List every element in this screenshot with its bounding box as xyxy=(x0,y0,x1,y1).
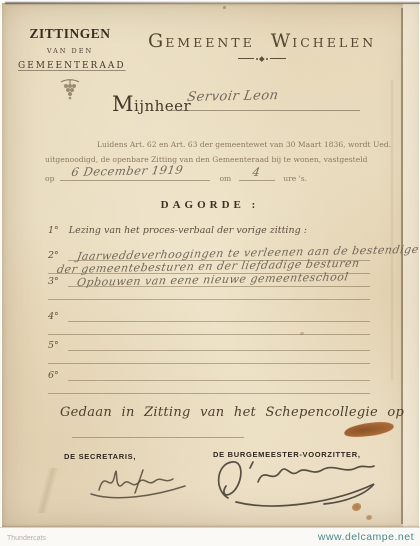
word-rest: ICHELEN xyxy=(292,35,376,50)
watermark-bar: Thundercats www.delcampe.net xyxy=(0,527,420,546)
agenda-row-5: 5° xyxy=(48,340,372,370)
agenda-row-6: 6° xyxy=(48,370,372,400)
agenda-item-number: 4° xyxy=(48,311,59,322)
agenda-rule-line xyxy=(68,338,370,351)
sidebox-subtitle: VAN DEN xyxy=(18,47,122,55)
municipality-title: GEMEENTEWICHELEN xyxy=(148,30,376,61)
agenda-item-1: 1°Lezing van het proces-verbaal der vori… xyxy=(48,225,307,236)
handwritten-addressee-name: Servoir Leon xyxy=(186,88,280,105)
word-rest: EMEENTE xyxy=(165,35,255,50)
agenda-item-number: 2° xyxy=(48,250,59,261)
paper-right-edge-strip xyxy=(403,4,419,528)
paper-crease xyxy=(0,468,95,513)
invitation-op: op xyxy=(45,174,54,183)
municipality-word-wichelen: WICHELEN xyxy=(271,35,376,50)
sidebox-title: ZITTINGEN xyxy=(18,26,122,42)
invitation-line-1: Luidens Art. 62 en Art. 63 der gemeentew… xyxy=(45,137,411,152)
sidebox-subject: GEMEENTERAAD xyxy=(18,61,122,71)
paper-top-edge-shadow xyxy=(5,2,420,4)
agenda-row-3: 3° Opbouwen van eene nieuwe gemeentescho… xyxy=(48,276,372,306)
invitation-paragraph: Luidens Art. 62 en Art. 63 der gemeentew… xyxy=(45,137,411,187)
agenda-rule-line xyxy=(48,381,370,394)
agenda-item-number: 3° xyxy=(48,276,59,287)
agenda-rule-line xyxy=(48,351,370,364)
invitation-suffix: ure 's. xyxy=(283,174,307,183)
handwritten-date: 6 December 1919 xyxy=(70,160,185,182)
hour-fill-rule: 4 xyxy=(239,167,275,181)
agenda-item-number: 6° xyxy=(48,370,59,381)
title-divider-icon xyxy=(148,57,376,61)
agenda-item-number: 5° xyxy=(48,340,59,351)
initial-letter: G xyxy=(148,30,165,52)
agenda-rule-line xyxy=(48,287,370,300)
agenda-rule-line xyxy=(48,322,370,335)
agenda-rule-line: Opbouwen van eene nieuwe gemeenteschool xyxy=(68,274,370,287)
letterhead-sidebox: ZITTINGEN VAN DEN GEMEENTERAAD xyxy=(18,26,122,106)
handwritten-hour: 4 xyxy=(251,162,262,182)
agenda-rule-line xyxy=(68,309,370,322)
date-fill-rule: 6 December 1919 xyxy=(60,167,210,181)
secretary-signature xyxy=(85,460,195,502)
agenda-item-text: Lezing van het proces-verbaal der vorige… xyxy=(69,225,307,236)
invitation-line-3: op6 December 1919om4ure 's. xyxy=(45,167,411,187)
paper-crease xyxy=(383,80,401,380)
agenda-row-4: 4° xyxy=(48,311,372,341)
invitation-om: om xyxy=(219,174,231,183)
initial-letter: W xyxy=(271,30,293,52)
closing-date-rule xyxy=(72,425,244,438)
municipality-word-gemeente: GEMEENTE xyxy=(148,35,255,50)
closing-statement: Gedaan in Zitting van het Schepencollegi… xyxy=(60,405,390,420)
delcampe-watermark: www.delcampe.net xyxy=(318,531,414,543)
agenda-rule-line xyxy=(68,368,370,381)
seller-watermark: Thundercats xyxy=(7,535,46,542)
agenda-heading: DAGORDE : xyxy=(45,199,375,211)
floral-ornament-icon xyxy=(18,78,122,106)
agenda-item-number: 1° xyxy=(48,225,59,236)
